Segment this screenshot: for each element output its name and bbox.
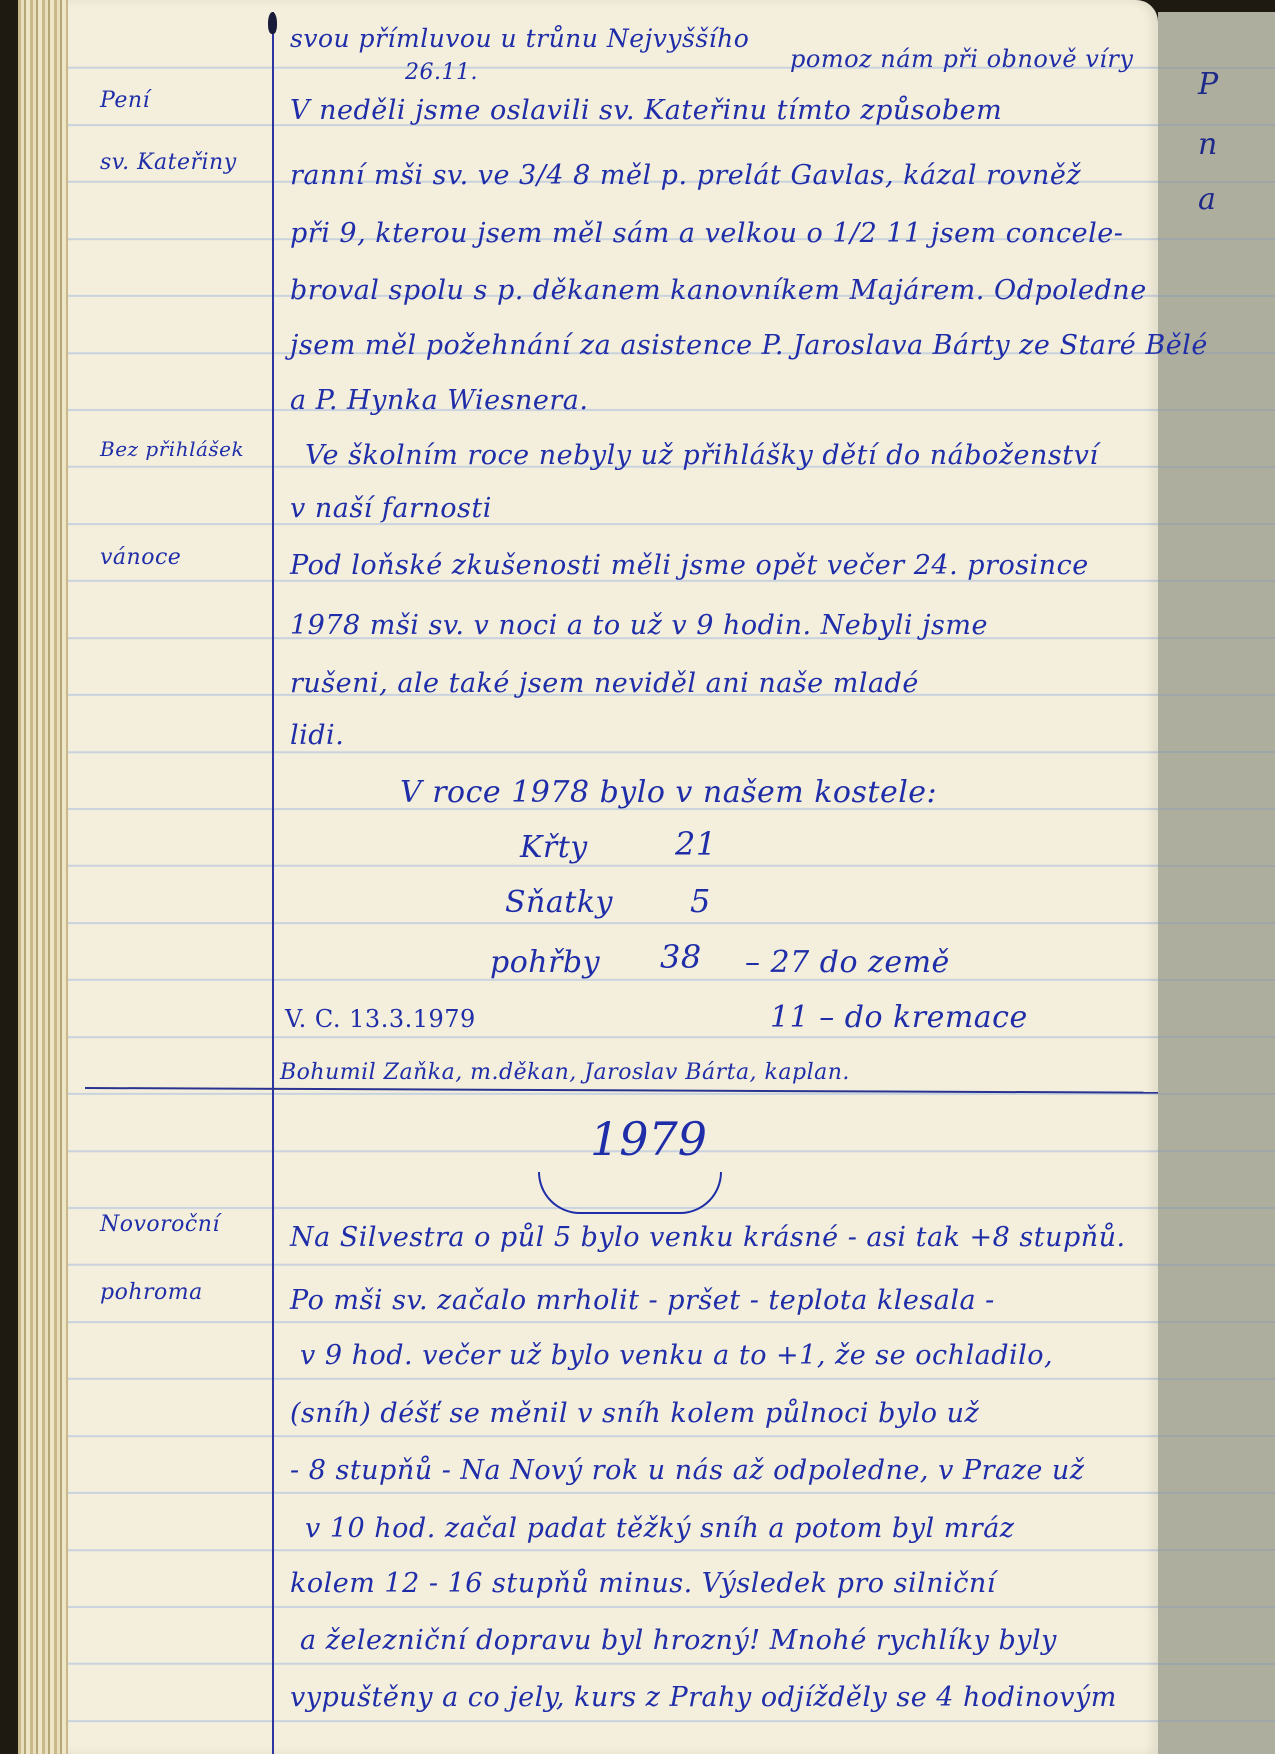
entry-line: kolem 12 - 16 stupňů minus. Výsledek pro… [290, 1568, 996, 1599]
year-brace [538, 1172, 722, 1214]
entry-line: (sníh) déšť se měnil v sníh kolem půlnoc… [290, 1398, 979, 1429]
margin-note: pohroma [100, 1280, 203, 1305]
next-page-fragment: a [1198, 182, 1216, 217]
margin-note: Pení [100, 88, 150, 113]
book-page-edges [18, 0, 70, 1754]
statistics-heading: V roce 1978 bylo v našem kostele: [400, 775, 937, 810]
margin-divider [272, 12, 274, 1754]
stat-value: 38 [660, 938, 702, 976]
entry-line: Ve školním roce nebyly už přihlášky dětí… [305, 440, 1098, 471]
stat-note: – 27 do země [745, 945, 950, 980]
entry-line: a železniční dopravu byl hrozný! Mnohé r… [300, 1625, 1057, 1656]
chronicle-page [68, 0, 1158, 1754]
entry-line: Pod loňské zkušenosti měli jsme opět več… [290, 550, 1089, 581]
entry-line: Po mši sv. začalo mrholit - pršet - tepl… [290, 1285, 995, 1316]
entry-line: 1978 mši sv. v noci a to už v 9 hodin. N… [290, 610, 988, 641]
stat-value: 21 [675, 825, 717, 863]
entry-line: ranní mši sv. ve 3/4 8 měl p. prelát Gav… [290, 160, 1081, 191]
entry-line: broval spolu s p. děkanem kanovníkem Maj… [290, 275, 1147, 306]
stat-value: 5 [690, 882, 711, 920]
entry-line: v 10 hod. začal padat těžký sníh a potom… [305, 1513, 1015, 1544]
entry-line: při 9, kterou jsem měl sám a velkou o 1/… [290, 218, 1123, 249]
entry-line: v 9 hod. večer už bylo venku a to +1, že… [300, 1340, 1053, 1371]
next-page-fragment: n [1198, 127, 1217, 162]
stat-label: Sňatky [505, 885, 613, 920]
margin-note: Novoroční [100, 1212, 220, 1237]
entry-line: V neděli jsme oslavili sv. Kateřinu tímt… [290, 95, 1002, 126]
entry-date: 26.11. [405, 60, 478, 85]
stat-label: Křty [520, 830, 588, 865]
next-page-edge: P n a [1158, 12, 1275, 1754]
stat-note: 11 – do kremace [770, 1000, 1028, 1035]
signature-names: Bohumil Zaňka, m.děkan, Jaroslav Bárta, … [280, 1060, 850, 1085]
entry-line: - 8 stupňů - Na Nový rok u nás až odpole… [290, 1455, 1085, 1486]
entry-line: rušeni, ale také jsem neviděl ani naše m… [290, 668, 919, 699]
entry-line: svou přímluvou u trůnu Nejvyššího [290, 24, 749, 53]
margin-note: sv. Kateřiny [100, 150, 237, 175]
stat-label: pohřby [490, 945, 600, 980]
entry-line: jsem měl požehnání za asistence P. Jaros… [290, 330, 1208, 361]
margin-note: vánoce [100, 545, 181, 570]
year-heading: 1979 [590, 1112, 707, 1166]
entry-line: Na Silvestra o půl 5 bylo venku krásné -… [290, 1222, 1126, 1253]
entry-line: a P. Hynka Wiesnera. [290, 385, 588, 416]
entry-line: v naší farnosti [290, 493, 492, 524]
entry-line: lidi. [290, 720, 344, 751]
margin-note: Bez přihlášek [100, 437, 244, 461]
entry-line: pomoz nám při obnově víry [790, 45, 1133, 73]
next-page-fragment: P [1198, 67, 1218, 102]
signature-date: V. C. 13.3.1979 [285, 1005, 476, 1033]
entry-line: vypuštěny a co jely, kurs z Prahy odjížd… [290, 1682, 1117, 1713]
